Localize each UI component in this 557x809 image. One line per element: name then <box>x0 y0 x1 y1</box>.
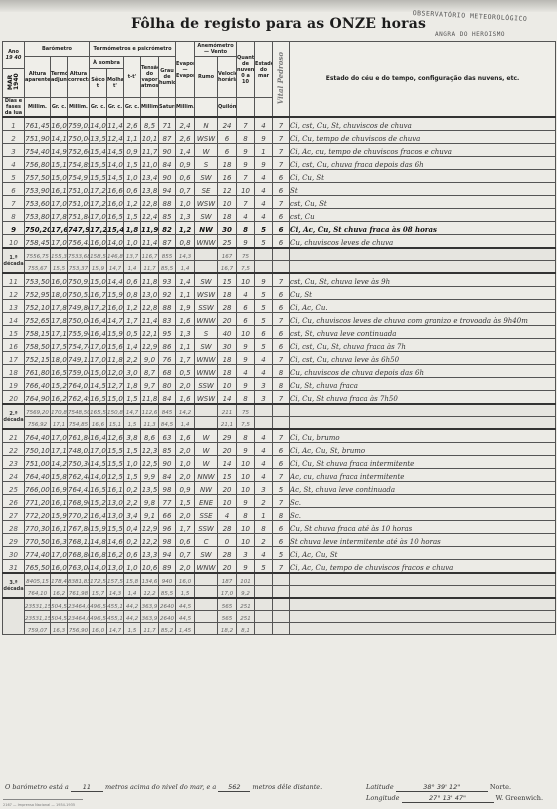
cell-vel: 28 <box>218 521 237 534</box>
cell-corr: 749,15 <box>68 352 90 365</box>
cell-vap: 9,9 <box>141 469 159 482</box>
table-row: 30774,4017,0768,8616,816,20,613,3940,7SW… <box>3 547 556 560</box>
avg-corr: 754,85 <box>68 417 90 430</box>
cell-wet: 12,4 <box>107 131 124 144</box>
cell-vel: 40 <box>218 326 237 339</box>
avg-tadj: 15,5 <box>51 261 68 274</box>
cell-corr: 751,05 <box>68 183 90 196</box>
cell-dir: C <box>195 534 218 547</box>
remark-cell: Cu, chuviscos de chuva depois das 6h <box>290 365 556 378</box>
avg-hum: 85,5 <box>159 261 176 274</box>
remark-cell: Ci, Ac, Cu. <box>290 300 556 313</box>
cell-dir: WNW <box>195 365 218 378</box>
cell-obs: 6 <box>273 209 290 222</box>
cell-cloud: 9 <box>237 235 255 249</box>
total-corr: 23464,01 <box>68 611 90 623</box>
cell-dir: SSW <box>195 378 218 391</box>
unit: Millim. <box>141 98 159 118</box>
sea-state-header: Estado do mar <box>255 42 273 98</box>
day-number: 26 <box>3 495 25 508</box>
thermometer-header: Termómetros e psicrómetro <box>90 42 176 57</box>
cell-cloud: 6 <box>237 313 255 326</box>
cell-diff: 1,8 <box>124 222 141 235</box>
cell-vap: 11,9 <box>141 222 159 235</box>
cell-evap: 2,0 <box>176 469 195 482</box>
cell-obs: 5 <box>273 547 290 560</box>
cell-evap: 1,7 <box>176 352 195 365</box>
table-row: 17752,1518,0749,1517,011,82,29,0761,7WNW… <box>3 352 556 365</box>
cell-tadj: 15,0 <box>51 170 68 183</box>
cell-obs: 7 <box>273 352 290 365</box>
decade-summary-row: 755,6715,5753,3715,914,71,411,785,51,416… <box>3 261 556 274</box>
avg-cloud: 7,5 <box>237 261 255 274</box>
cell-dry: 14,5 <box>90 456 107 469</box>
cell-obs: 6 <box>273 300 290 313</box>
avg-sea <box>255 417 273 430</box>
remark-cell: Cu, St, chuva fraca <box>290 378 556 391</box>
avg-sea <box>255 261 273 274</box>
table-row: 9750,2017,6747,9317,215,41,811,9821,2NW3… <box>3 222 556 235</box>
day-number: 12 <box>3 287 25 300</box>
cell-sea: 5 <box>255 287 273 300</box>
total-vel: 565 <box>218 611 237 623</box>
cell-tadj: 17,8 <box>51 313 68 326</box>
cell-evap: 1,4 <box>176 144 195 157</box>
cell-vap: 11,8 <box>141 273 159 287</box>
cell-vap: 8,6 <box>141 429 159 443</box>
cell-cloud: 10 <box>237 273 255 287</box>
cell-corr: 754,89 <box>68 157 90 170</box>
table-row: 6753,9016,1751,0517,216,60,613,8940,7SE1… <box>3 183 556 196</box>
day-number: 14 <box>3 313 25 326</box>
avg-tadj: 170,8 <box>51 404 68 417</box>
year-header: Ano 19 40 <box>3 42 25 69</box>
cell-baro: 758,15 <box>25 326 51 339</box>
cell-hum: 98 <box>159 534 176 547</box>
avg-vel: 16,7 <box>218 261 237 274</box>
unit: Millim. <box>68 98 90 118</box>
monthly-total-row: 23531,15504,523464,01496,5455,144,2363,9… <box>3 598 556 611</box>
cell-sea: 4 <box>255 196 273 209</box>
longitude-label: Longitude <box>366 794 399 802</box>
register-body: 1761,4516,0759,0514,011,42,68,5712,4N247… <box>3 117 556 635</box>
remark-cell: Ci, cst, Cu, St, chuviscos de chuva <box>290 117 556 131</box>
cell-hum: 66 <box>159 508 176 521</box>
baro-text-3: metros dêle distante. <box>252 783 322 791</box>
avg-corr: 761,98 <box>68 586 90 599</box>
cell-evap: 0,8 <box>176 235 195 249</box>
avg-vap: 12,2 <box>141 586 159 599</box>
barometer-header: Barómetro <box>25 42 90 57</box>
month-stamp: MAR 1940 <box>8 69 20 95</box>
longitude-value: 27° 13' 47" <box>402 794 494 803</box>
total-cloud: 251 <box>237 598 255 611</box>
decade-label: 1.ª década <box>3 248 25 273</box>
total-wet: 455,1 <box>107 598 124 611</box>
total-dir <box>195 611 218 623</box>
col-attached-thermometer: Termómetro adjunto <box>51 57 68 98</box>
total-vap: 11,7 <box>141 623 159 635</box>
cell-cloud: 4 <box>237 287 255 300</box>
cell-corr: 764,43 <box>68 482 90 495</box>
cell-obs: 7 <box>273 131 290 144</box>
day-number: 11 <box>3 273 25 287</box>
avg-hum: 845 <box>159 404 176 417</box>
cell-corr: 747,93 <box>68 222 90 235</box>
cell-corr: 750,36 <box>68 456 90 469</box>
avg-wet: 146,8 <box>107 248 124 261</box>
cell-wet: 16,0 <box>107 196 124 209</box>
avg-wet: 150,8 <box>107 404 124 417</box>
total-tadj: 16,3 <box>51 623 68 635</box>
cell-corr: 749,80 <box>68 300 90 313</box>
cell-cloud: 9 <box>237 560 255 574</box>
remark-cell: Cu, St chuva fraca até às 10 horas <box>290 521 556 534</box>
day-number: 7 <box>3 196 25 209</box>
cell-baro: 772,20 <box>25 508 51 521</box>
total-obs <box>273 611 290 623</box>
table-row: 24764,4015,8762,4814,012,51,59,9842,0NNW… <box>3 469 556 482</box>
avg-evap: 14,3 <box>176 248 195 261</box>
cell-obs: 7 <box>273 313 290 326</box>
cell-evap: 1,6 <box>176 313 195 326</box>
remark-cell: cst, Cu <box>290 209 556 222</box>
cell-tadj: 16,3 <box>51 534 68 547</box>
cell-corr: 767,86 <box>68 521 90 534</box>
cell-tadj: 16,2 <box>51 391 68 405</box>
cell-vel: 20 <box>218 560 237 574</box>
avg-cloud: 75 <box>237 248 255 261</box>
total-remark <box>290 611 556 623</box>
cell-tadj: 16,0 <box>51 117 68 131</box>
avg-cloud: 101 <box>237 573 255 586</box>
cell-obs: 8 <box>273 378 290 391</box>
cell-baro: 764,40 <box>25 429 51 443</box>
table-row: 1761,4516,0759,0514,011,42,68,5712,4N247… <box>3 117 556 131</box>
cell-wet: 12,6 <box>107 429 124 443</box>
cell-diff: 1,0 <box>124 170 141 183</box>
cell-diff: 0,6 <box>124 183 141 196</box>
decade-summary-row: 2.ª década7569,20170,87548,50165,5150,81… <box>3 404 556 417</box>
total-obs <box>273 623 290 635</box>
latitude-suffix: Norte. <box>490 783 511 791</box>
avg-vap: 134,6 <box>141 573 159 586</box>
clouds-header: Quantidade de nuvens 0 a 10 <box>237 42 255 98</box>
day-number: 30 <box>3 547 25 560</box>
cell-diff: 0,6 <box>124 273 141 287</box>
avg-obs <box>273 261 290 274</box>
cell-wet: 15,4 <box>107 222 124 235</box>
cell-tadj: 14,1 <box>51 131 68 144</box>
total-hum: 85,2 <box>159 623 176 635</box>
cell-baro: 766,00 <box>25 482 51 495</box>
cell-hum: 63 <box>159 429 176 443</box>
cell-diff: 1,5 <box>124 157 141 170</box>
cell-vel: 29 <box>218 429 237 443</box>
cell-obs: 7 <box>273 273 290 287</box>
cell-wet: 14,0 <box>107 235 124 249</box>
cell-wet: 14,4 <box>107 273 124 287</box>
avg-obs <box>273 586 290 599</box>
cell-evap: 1,6 <box>176 391 195 405</box>
table-row: 23751,0014,2750,3614,515,51,012,5901,0W1… <box>3 456 556 469</box>
cell-cloud: 7 <box>237 170 255 183</box>
cell-dry: 15,9 <box>90 521 107 534</box>
cell-diff: 1,5 <box>124 443 141 456</box>
cell-wet: 15,9 <box>107 326 124 339</box>
cell-dir: WSW <box>195 131 218 144</box>
day-number: 2 <box>3 131 25 144</box>
table-row: 20764,9016,2762,4916,515,01,511,8841,6WS… <box>3 391 556 405</box>
cell-dry: 14,5 <box>90 378 107 391</box>
decade-label: 3.ª década <box>3 573 25 598</box>
cell-obs: 7 <box>273 117 290 131</box>
cell-baro: 757,50 <box>25 170 51 183</box>
total-remark <box>290 598 556 611</box>
cell-evap: 0,7 <box>176 547 195 560</box>
cell-dry: 16,4 <box>90 429 107 443</box>
cell-wet: 16,6 <box>107 183 124 196</box>
cell-corr: 750,55 <box>68 287 90 300</box>
day-number: 31 <box>3 560 25 574</box>
total-vap: 363,9 <box>141 611 159 623</box>
cell-vap: 13,4 <box>141 170 159 183</box>
cell-baro: 758,50 <box>25 339 51 352</box>
col-corrected-height: Altura correcta <box>68 57 90 98</box>
cell-dry: 13,5 <box>90 131 107 144</box>
avg-dir <box>195 417 218 430</box>
year-value: 19 40 <box>3 55 24 61</box>
cell-hum: 77 <box>159 495 176 508</box>
cell-vel: 18 <box>218 287 237 300</box>
cell-diff: 1,5 <box>124 469 141 482</box>
total-tadj: 504,5 <box>51 598 68 611</box>
total-evap: 44,5 <box>176 598 195 611</box>
avg-sea <box>255 404 273 417</box>
cell-diff: 0,8 <box>124 287 141 300</box>
cell-diff: 1,8 <box>124 378 141 391</box>
unit: Gr. c. <box>90 98 107 118</box>
cell-tadj: 16,1 <box>51 521 68 534</box>
cell-dir: ENE <box>195 495 218 508</box>
avg-diff: 14,7 <box>124 404 141 417</box>
cell-vap: 9,0 <box>141 352 159 365</box>
cell-dir: W <box>195 144 218 157</box>
total-cloud: 251 <box>237 611 255 623</box>
cell-cloud: 10 <box>237 482 255 495</box>
avg-diff: 1,4 <box>124 586 141 599</box>
cell-vap: 9,8 <box>141 495 159 508</box>
cell-diff: 1,0 <box>124 235 141 249</box>
cell-hum: 84 <box>159 469 176 482</box>
cell-evap: 0,7 <box>176 183 195 196</box>
cell-tadj: 17,8 <box>51 300 68 313</box>
avg-dir <box>195 248 218 261</box>
cell-baro: 752,10 <box>25 300 51 313</box>
cell-hum: 76 <box>159 352 176 365</box>
avg-tadj: 17,1 <box>51 417 68 430</box>
total-tadj: 504,5 <box>51 611 68 623</box>
cell-evap: 1,2 <box>176 222 195 235</box>
monthly-total-row: 23531,15504,523464,01496,5455,144,2363,9… <box>3 611 556 623</box>
cell-tadj: 15,8 <box>51 469 68 482</box>
cell-tadj: 17,0 <box>51 235 68 249</box>
cell-corr: 750,04 <box>68 313 90 326</box>
cell-wet: 12,7 <box>107 378 124 391</box>
cell-diff: 1,5 <box>124 209 141 222</box>
table-row: 3754,4014,9752,6615,414,50,911,7901,4W69… <box>3 144 556 157</box>
avg-remark <box>290 417 556 430</box>
avg-dir <box>195 586 218 599</box>
cell-vap: 12,8 <box>141 300 159 313</box>
total-hum: 2640 <box>159 598 176 611</box>
cell-baro: 770,30 <box>25 521 51 534</box>
cell-sea: 5 <box>255 560 273 574</box>
cell-baro: 751,90 <box>25 131 51 144</box>
cell-corr: 751,09 <box>68 196 90 209</box>
cell-dir: SW <box>195 547 218 560</box>
cell-corr: 756,45 <box>68 235 90 249</box>
cell-dry: 15,5 <box>90 157 107 170</box>
cell-vap: 9,7 <box>141 378 159 391</box>
table-row: 16758,5017,5754,7417,015,61,412,9861,1SW… <box>3 339 556 352</box>
cell-evap: 2,4 <box>176 117 195 131</box>
cell-dry: 15,0 <box>90 273 107 287</box>
cell-baro: 751,00 <box>25 456 51 469</box>
cell-diff: 2,6 <box>124 117 141 131</box>
paper-edge-shadow <box>0 0 557 12</box>
stamp-line2: ANGRA DO HEROISMO <box>395 31 545 38</box>
avg-wet: 14,3 <box>107 586 124 599</box>
cell-sea: 5 <box>255 300 273 313</box>
total-corr: 756,90 <box>68 623 90 635</box>
cell-wet: 14,5 <box>107 144 124 157</box>
cell-evap: 1,5 <box>176 495 195 508</box>
remark-cell: cst, St, chuva leve continuada <box>290 326 556 339</box>
avg-dry: 16,6 <box>90 417 107 430</box>
cell-evap: 1,0 <box>176 456 195 469</box>
title-hour: ONZE <box>329 16 376 32</box>
cell-sea: 2 <box>255 534 273 547</box>
remark-cell: Ci, cst, Cu, chuva fraca depois das 6h <box>290 157 556 170</box>
col-dry-bulb: Sêco t <box>90 69 107 98</box>
register-table: Ano 19 40 Barómetro Termómetros e psicró… <box>2 41 556 635</box>
cell-dir: WSW <box>195 391 218 405</box>
cell-hum: 93 <box>159 273 176 287</box>
cell-vel: 25 <box>218 235 237 249</box>
unit <box>195 98 218 118</box>
cell-diff: 1,2 <box>124 196 141 209</box>
cell-cloud: 4 <box>237 365 255 378</box>
cell-vap: 12,4 <box>141 209 159 222</box>
unit: Saturação=100 <box>159 98 176 118</box>
avg-diff: 1,5 <box>124 417 141 430</box>
cell-wet: 14,5 <box>107 170 124 183</box>
table-row: 2751,9014,1750,0413,512,41,110,1872,6WSW… <box>3 131 556 144</box>
cell-obs: 6 <box>273 287 290 300</box>
cell-cloud: 9 <box>237 443 255 456</box>
cell-corr: 751,84 <box>68 209 90 222</box>
cell-dry: 16,4 <box>90 326 107 339</box>
cell-vel: 0 <box>218 534 237 547</box>
evaporimeter-header: Evaporímetro — Evaporação <box>176 42 195 98</box>
cell-wet: 16,2 <box>107 547 124 560</box>
barometer-location-note: O barómetro está a 11 metros acima do ni… <box>5 783 322 792</box>
cell-diff: 3,0 <box>124 365 141 378</box>
table-row: 27772,2015,9770,2716,413,03,49,1662,0SSE… <box>3 508 556 521</box>
remark-cell: Sc. <box>290 495 556 508</box>
cell-tadj: 17,1 <box>51 326 68 339</box>
total-obs <box>273 598 290 611</box>
cell-dry: 15,0 <box>90 365 107 378</box>
cell-evap: 2,0 <box>176 378 195 391</box>
cell-hum: 71 <box>159 117 176 131</box>
total-diff: 44,2 <box>124 611 141 623</box>
cell-vel: 6 <box>218 131 237 144</box>
cell-vap: 13,8 <box>141 183 159 196</box>
table-row: 8753,8017,8751,8417,016,51,512,4851,3SW1… <box>3 209 556 222</box>
cell-vel: 16 <box>218 170 237 183</box>
cell-corr: 762,49 <box>68 391 90 405</box>
remarks-header: Estado do céu e do tempo, configuração d… <box>290 42 556 118</box>
avg-dry: 15,7 <box>90 586 107 599</box>
day-number: 23 <box>3 456 25 469</box>
table-row: 5757,5015,0754,9715,514,51,013,4900,6SW1… <box>3 170 556 183</box>
cell-evap: 1,7 <box>176 521 195 534</box>
cell-hum: 83 <box>159 313 176 326</box>
cell-evap: 1,1 <box>176 287 195 300</box>
cell-cloud: 8 <box>237 222 255 235</box>
table-row: 13752,1017,8749,8017,216,01,212,8881,9SS… <box>3 300 556 313</box>
remark-cell: Ci, Ac, Cu, St chuva fraca às 08 horas <box>290 222 556 235</box>
avg-vap: 116,7 <box>141 248 159 261</box>
cell-vel: 12 <box>218 183 237 196</box>
title-prefix: Fôlha de registo para as <box>131 16 329 32</box>
total-evap: 44,5 <box>176 611 195 623</box>
avg-evap: 1,5 <box>176 586 195 599</box>
remark-cell: Ci, Cu, brumo <box>290 429 556 443</box>
cell-wet: 14,7 <box>107 313 124 326</box>
cell-vap: 11,4 <box>141 235 159 249</box>
cell-obs: 6 <box>273 339 290 352</box>
imprint-rule <box>3 799 83 800</box>
cell-baro: 753,80 <box>25 209 51 222</box>
avg-dir <box>195 261 218 274</box>
col-wind-direction: Rumo <box>195 57 218 98</box>
cell-cloud: 8 <box>237 429 255 443</box>
cell-cloud: 10 <box>237 469 255 482</box>
total-dry: 496,5 <box>90 598 107 611</box>
remark-cell: cst, Cu, St, chuva leve às 9h <box>290 273 556 287</box>
cell-wet: 14,6 <box>107 534 124 547</box>
total-dir <box>195 598 218 611</box>
avg-corr: 753,37 <box>68 261 90 274</box>
cell-dry: 15,5 <box>90 170 107 183</box>
avg-sea <box>255 573 273 586</box>
baro-text-1: O barómetro está a <box>5 783 69 791</box>
cell-hum: 88 <box>159 300 176 313</box>
cell-vap: 12,9 <box>141 521 159 534</box>
avg-diff: 15,8 <box>124 573 141 586</box>
cell-evap: 0,6 <box>176 170 195 183</box>
cell-cloud: 9 <box>237 339 255 352</box>
cell-cloud: 9 <box>237 352 255 365</box>
cell-obs: 5 <box>273 482 290 495</box>
cell-sea: 9 <box>255 157 273 170</box>
total-sea <box>255 598 273 611</box>
cell-vel: 18 <box>218 209 237 222</box>
cell-dry: 15,2 <box>90 495 107 508</box>
